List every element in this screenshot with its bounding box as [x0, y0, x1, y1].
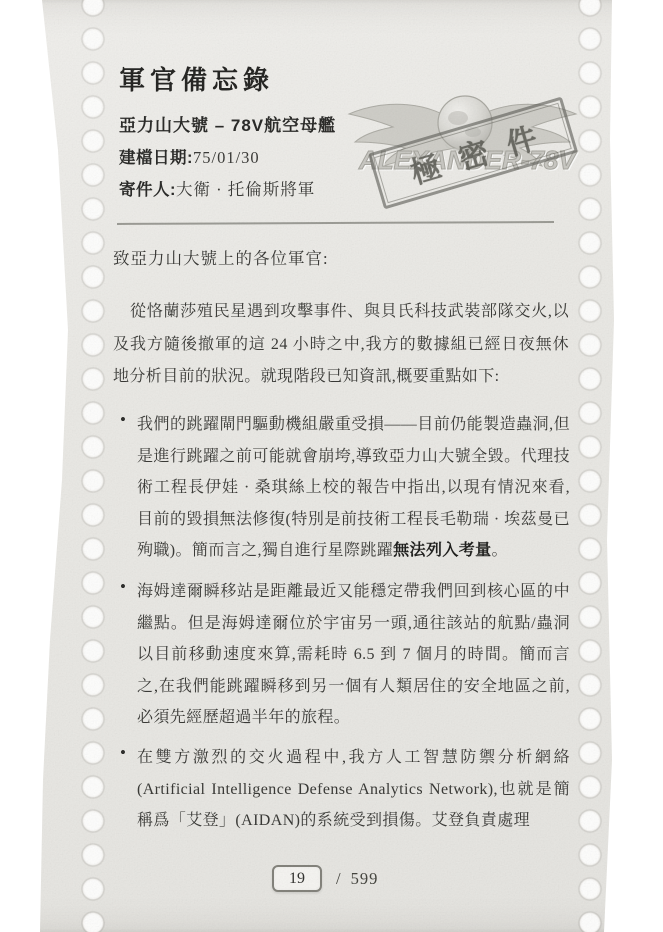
intro-paragraph: 從恪蘭莎殖民星遇到攻擊事件、與貝氏科技武裝部隊交火,以及我方隨後撤軍的這 24 … — [113, 296, 569, 394]
bullet-icon: • — [120, 577, 126, 597]
sender-value: 大衛 · 托倫斯將軍 — [176, 180, 315, 199]
bullet-text: 在雙方激烈的交火過程中,我方人工智慧防禦分析網絡(Artificial Inte… — [137, 742, 570, 837]
file-date-label: 建檔日期: — [119, 149, 193, 167]
paper-sheet: ALEXANDER-78V 極密件 軍官備忘錄 亞力山大號 – 78V航空母艦 … — [0, 0, 663, 932]
sender-label: 寄件人: — [119, 181, 176, 199]
bullet-text: 我們的跳躍閘門驅動機組嚴重受損——目前仍能製造蟲洞,但是進行跳躍之前可能就會崩垮… — [137, 409, 570, 567]
page-separator: / — [336, 869, 342, 888]
total-pages: 599 — [351, 869, 379, 888]
bullet-1-tail: 。 — [492, 542, 508, 559]
bullet-item-heimdall: • 海姆達爾瞬移站是距離最近又能穩定帶我們回到核心區的中繼點。但是海姆達爾位於宇… — [120, 576, 570, 734]
memo-title: 軍官備忘錄 — [119, 60, 274, 97]
bullet-text: 海姆達爾瞬移站是距離最近又能穩定帶我們回到核心區的中繼點。但是海姆達爾位於宇宙另… — [137, 576, 570, 734]
bullet-icon: • — [120, 743, 126, 763]
file-date-line: 建檔日期:75/01/30 — [119, 144, 260, 168]
bullet-item-aidan: • 在雙方激烈的交火過程中,我方人工智慧防禦分析網絡(Artificial In… — [120, 742, 570, 837]
bullet-1-main: 我們的跳躍閘門驅動機組嚴重受損——目前仍能製造蟲洞,但是進行跳躍之前可能就會崩垮… — [137, 416, 570, 559]
page-number-box[interactable]: 19 — [272, 865, 322, 892]
bullet-icon: • — [120, 410, 126, 430]
bullet-1-bold: 無法列入考量 — [393, 542, 491, 559]
sender-line: 寄件人:大衛 · 托倫斯將軍 — [119, 176, 315, 200]
page-total: /599 — [336, 869, 378, 889]
memo-screen: ALEXANDER-78V 極密件 軍官備忘錄 亞力山大號 – 78V航空母艦 … — [0, 0, 663, 932]
bullet-item-jump-gate: • 我們的跳躍閘門驅動機組嚴重受損——目前仍能製造蟲洞,但是進行跳躍之前可能就會… — [120, 409, 570, 567]
perforation-holes-right — [577, 0, 603, 932]
page-number: 19 — [289, 870, 305, 888]
file-date-value: 75/01/30 — [193, 148, 260, 167]
salutation: 致亞力山大號上的各位軍官: — [113, 245, 329, 269]
perforation-holes-left — [80, 0, 106, 932]
ship-name-line: 亞力山大號 – 78V航空母艦 — [119, 111, 336, 136]
header-divider — [117, 221, 554, 225]
